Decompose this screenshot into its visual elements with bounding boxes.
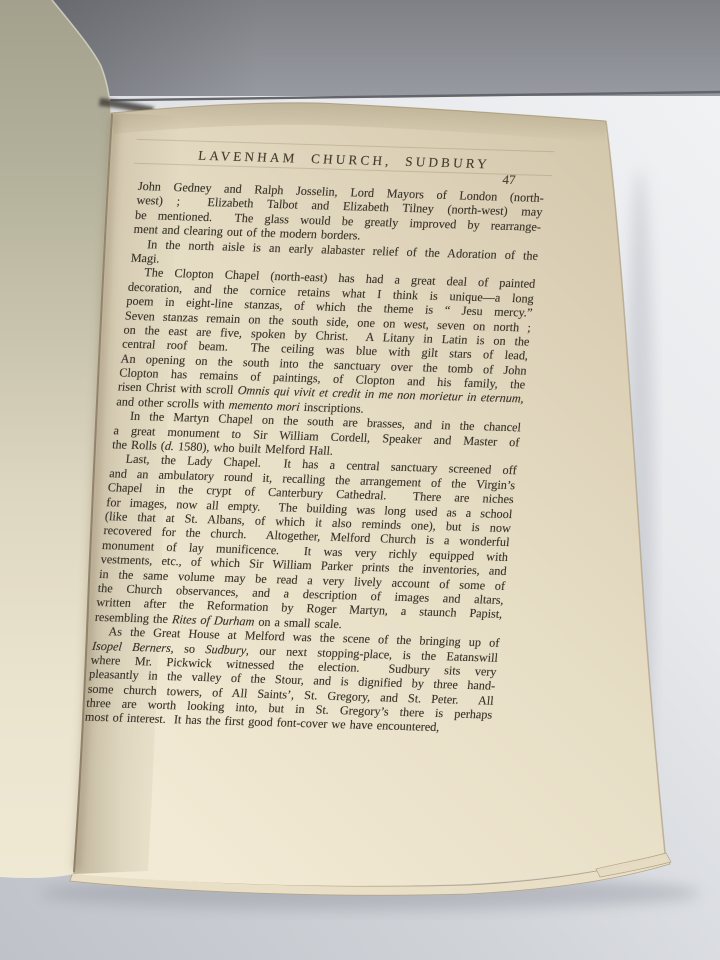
paragraph: As the Great House at Melford was the sc… (84, 624, 500, 737)
page-number: 47 (502, 172, 517, 188)
page-content: LAVENHAM CHURCH, SUDBURY 47 John Gedney … (84, 146, 548, 736)
photo-frame: LAVENHAM CHURCH, SUDBURY 47 John Gedney … (0, 0, 720, 960)
body-text: John Gedney and Ralph Josselin, Lord May… (84, 179, 544, 737)
paragraph: Last, the Lady Chapel. It has a central … (94, 452, 517, 636)
paragraph: The Clopton Chapel (north-east) has had … (116, 265, 536, 421)
